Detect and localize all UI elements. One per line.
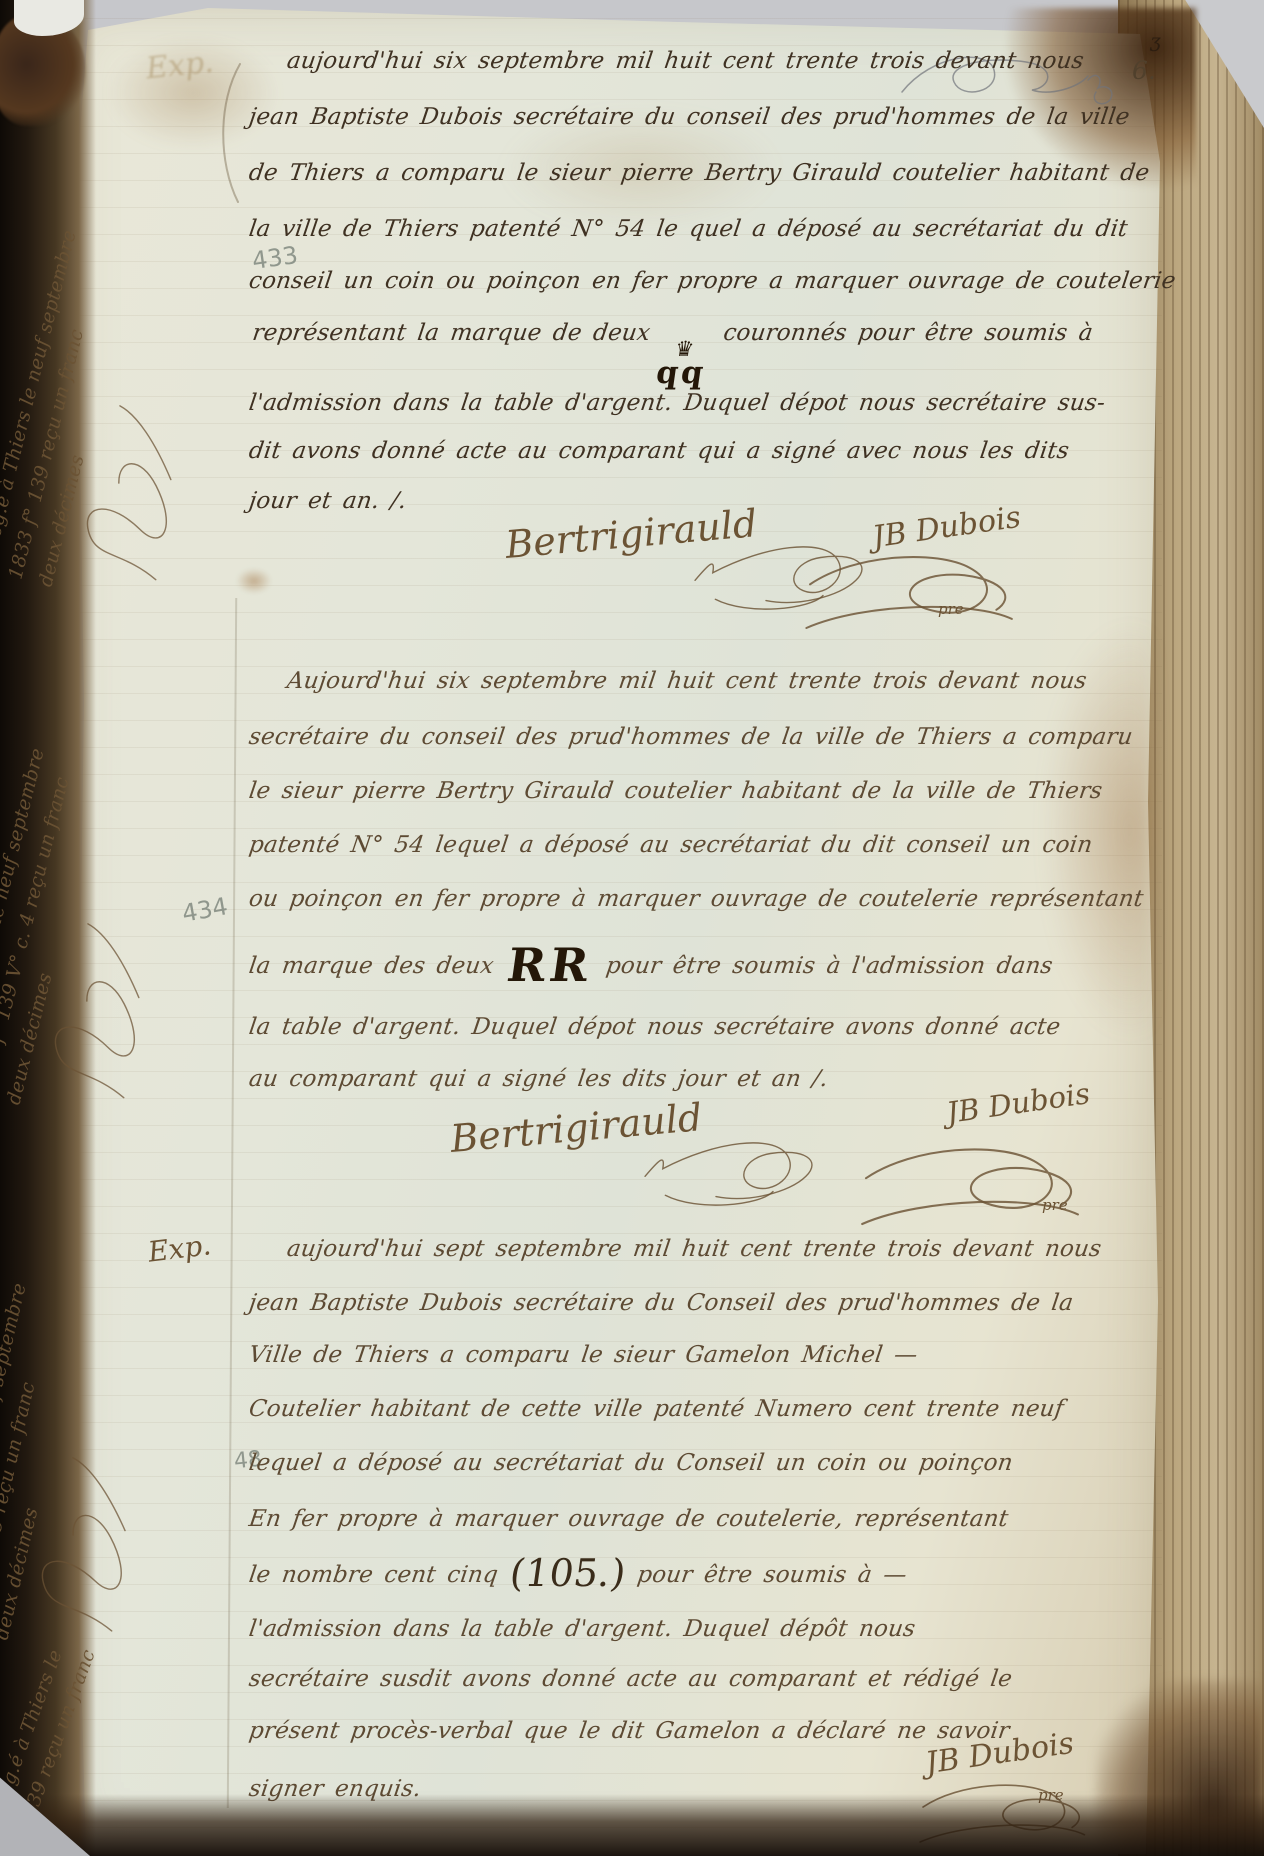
entry1-line: jean Baptiste Dubois secrétaire du conse…	[247, 102, 1132, 132]
entry1-line: l'admission dans la table d'argent. Duqu…	[247, 388, 1107, 418]
scanned-register-page: ʒ 6. Exp. Exp. 433 434 48 Enreg.é à Thie…	[0, 0, 1264, 1856]
mark-line-text: pour être soumis à l'admission dans	[604, 951, 1055, 981]
entry2-line: ou poinçon en fer propre à marquer ouvra…	[247, 884, 1145, 914]
entry3-line: Ville de Thiers a comparu le sieur Gamel…	[247, 1340, 919, 1370]
entry3-line: présent procès-verbal que le dit Gamelon…	[247, 1716, 1012, 1746]
qq-mark-letters: qq	[654, 358, 708, 389]
entry2-line: le sieur pierre Bertry Girauld coutelier…	[247, 776, 1104, 806]
entry1-line: dit avons donné acte au comparant qui a …	[247, 436, 1071, 466]
entry3-line: Coutelier habitant de cette ville patent…	[247, 1394, 1066, 1424]
signature-paraph	[800, 548, 1020, 648]
entry2-line: la table d'argent. Duquel dépot nous sec…	[247, 1012, 1062, 1042]
mark-line-text: couronnés pour être soumis à	[721, 318, 1094, 348]
entry2-line: Aujourd'hui six septembre mil huit cent …	[247, 666, 1089, 696]
signature-paraph	[856, 1140, 1086, 1245]
signature-suffix: pre	[1042, 1196, 1068, 1214]
entry3-line: lequel a déposé au secrétariat du Consei…	[247, 1448, 1015, 1478]
signature-paraph	[640, 1088, 830, 1238]
mark-line-text: pour être soumis à —	[635, 1560, 908, 1590]
entry2-line: patenté N° 54 lequel a déposé au secréta…	[247, 830, 1094, 860]
entry3-line: En fer propre à marquer ouvrage de coute…	[247, 1504, 1010, 1534]
mark-line-text: la marque des deux	[247, 951, 496, 981]
entry2-line: secrétaire du conseil des prud'hommes de…	[247, 722, 1135, 752]
mark-line-text: représentant la marque de deux	[250, 318, 652, 348]
entry3-line: jean Baptiste Dubois secrétaire du Conse…	[247, 1288, 1075, 1318]
entry3-line: l'admission dans la table d'argent. Duqu…	[247, 1614, 917, 1644]
signature-suffix: pre	[938, 600, 964, 618]
entry3-mark-line: le nombre cent cinq (105.) pour être sou…	[247, 1552, 910, 1590]
number-105-mark: (105.)	[508, 1556, 628, 1590]
entry1-line: conseil un coin ou poinçon en fer propre…	[247, 266, 1178, 296]
crowned-qq-mark: ♛ qq	[654, 342, 710, 389]
entry3-line: aujourd'hui sept septembre mil huit cent…	[247, 1234, 1103, 1264]
page-number: 6.	[1132, 56, 1156, 85]
entry2-mark-line: la marque des deux RR pour être soumis à…	[247, 938, 1057, 981]
entry1-line: aujourd'hui six septembre mil huit cent …	[247, 46, 1086, 76]
entry1-line: la ville de Thiers patenté N° 54 le quel…	[247, 214, 1130, 244]
entry1-line: de Thiers a comparu le sieur pierre Bert…	[247, 158, 1151, 188]
book-bottom-shadow	[0, 1794, 1264, 1856]
rr-mark-letters: RR	[505, 946, 595, 985]
entry1-line: jour et an. /.	[247, 486, 408, 516]
ink-blot: ʒ	[1150, 30, 1161, 52]
entry1-mark-line: représentant la marque de deux ♛ qq cour…	[247, 318, 1095, 373]
entry3-line: secrétaire susdit avons donné acte au co…	[247, 1664, 1014, 1694]
mark-line-text: le nombre cent cinq	[247, 1560, 500, 1590]
